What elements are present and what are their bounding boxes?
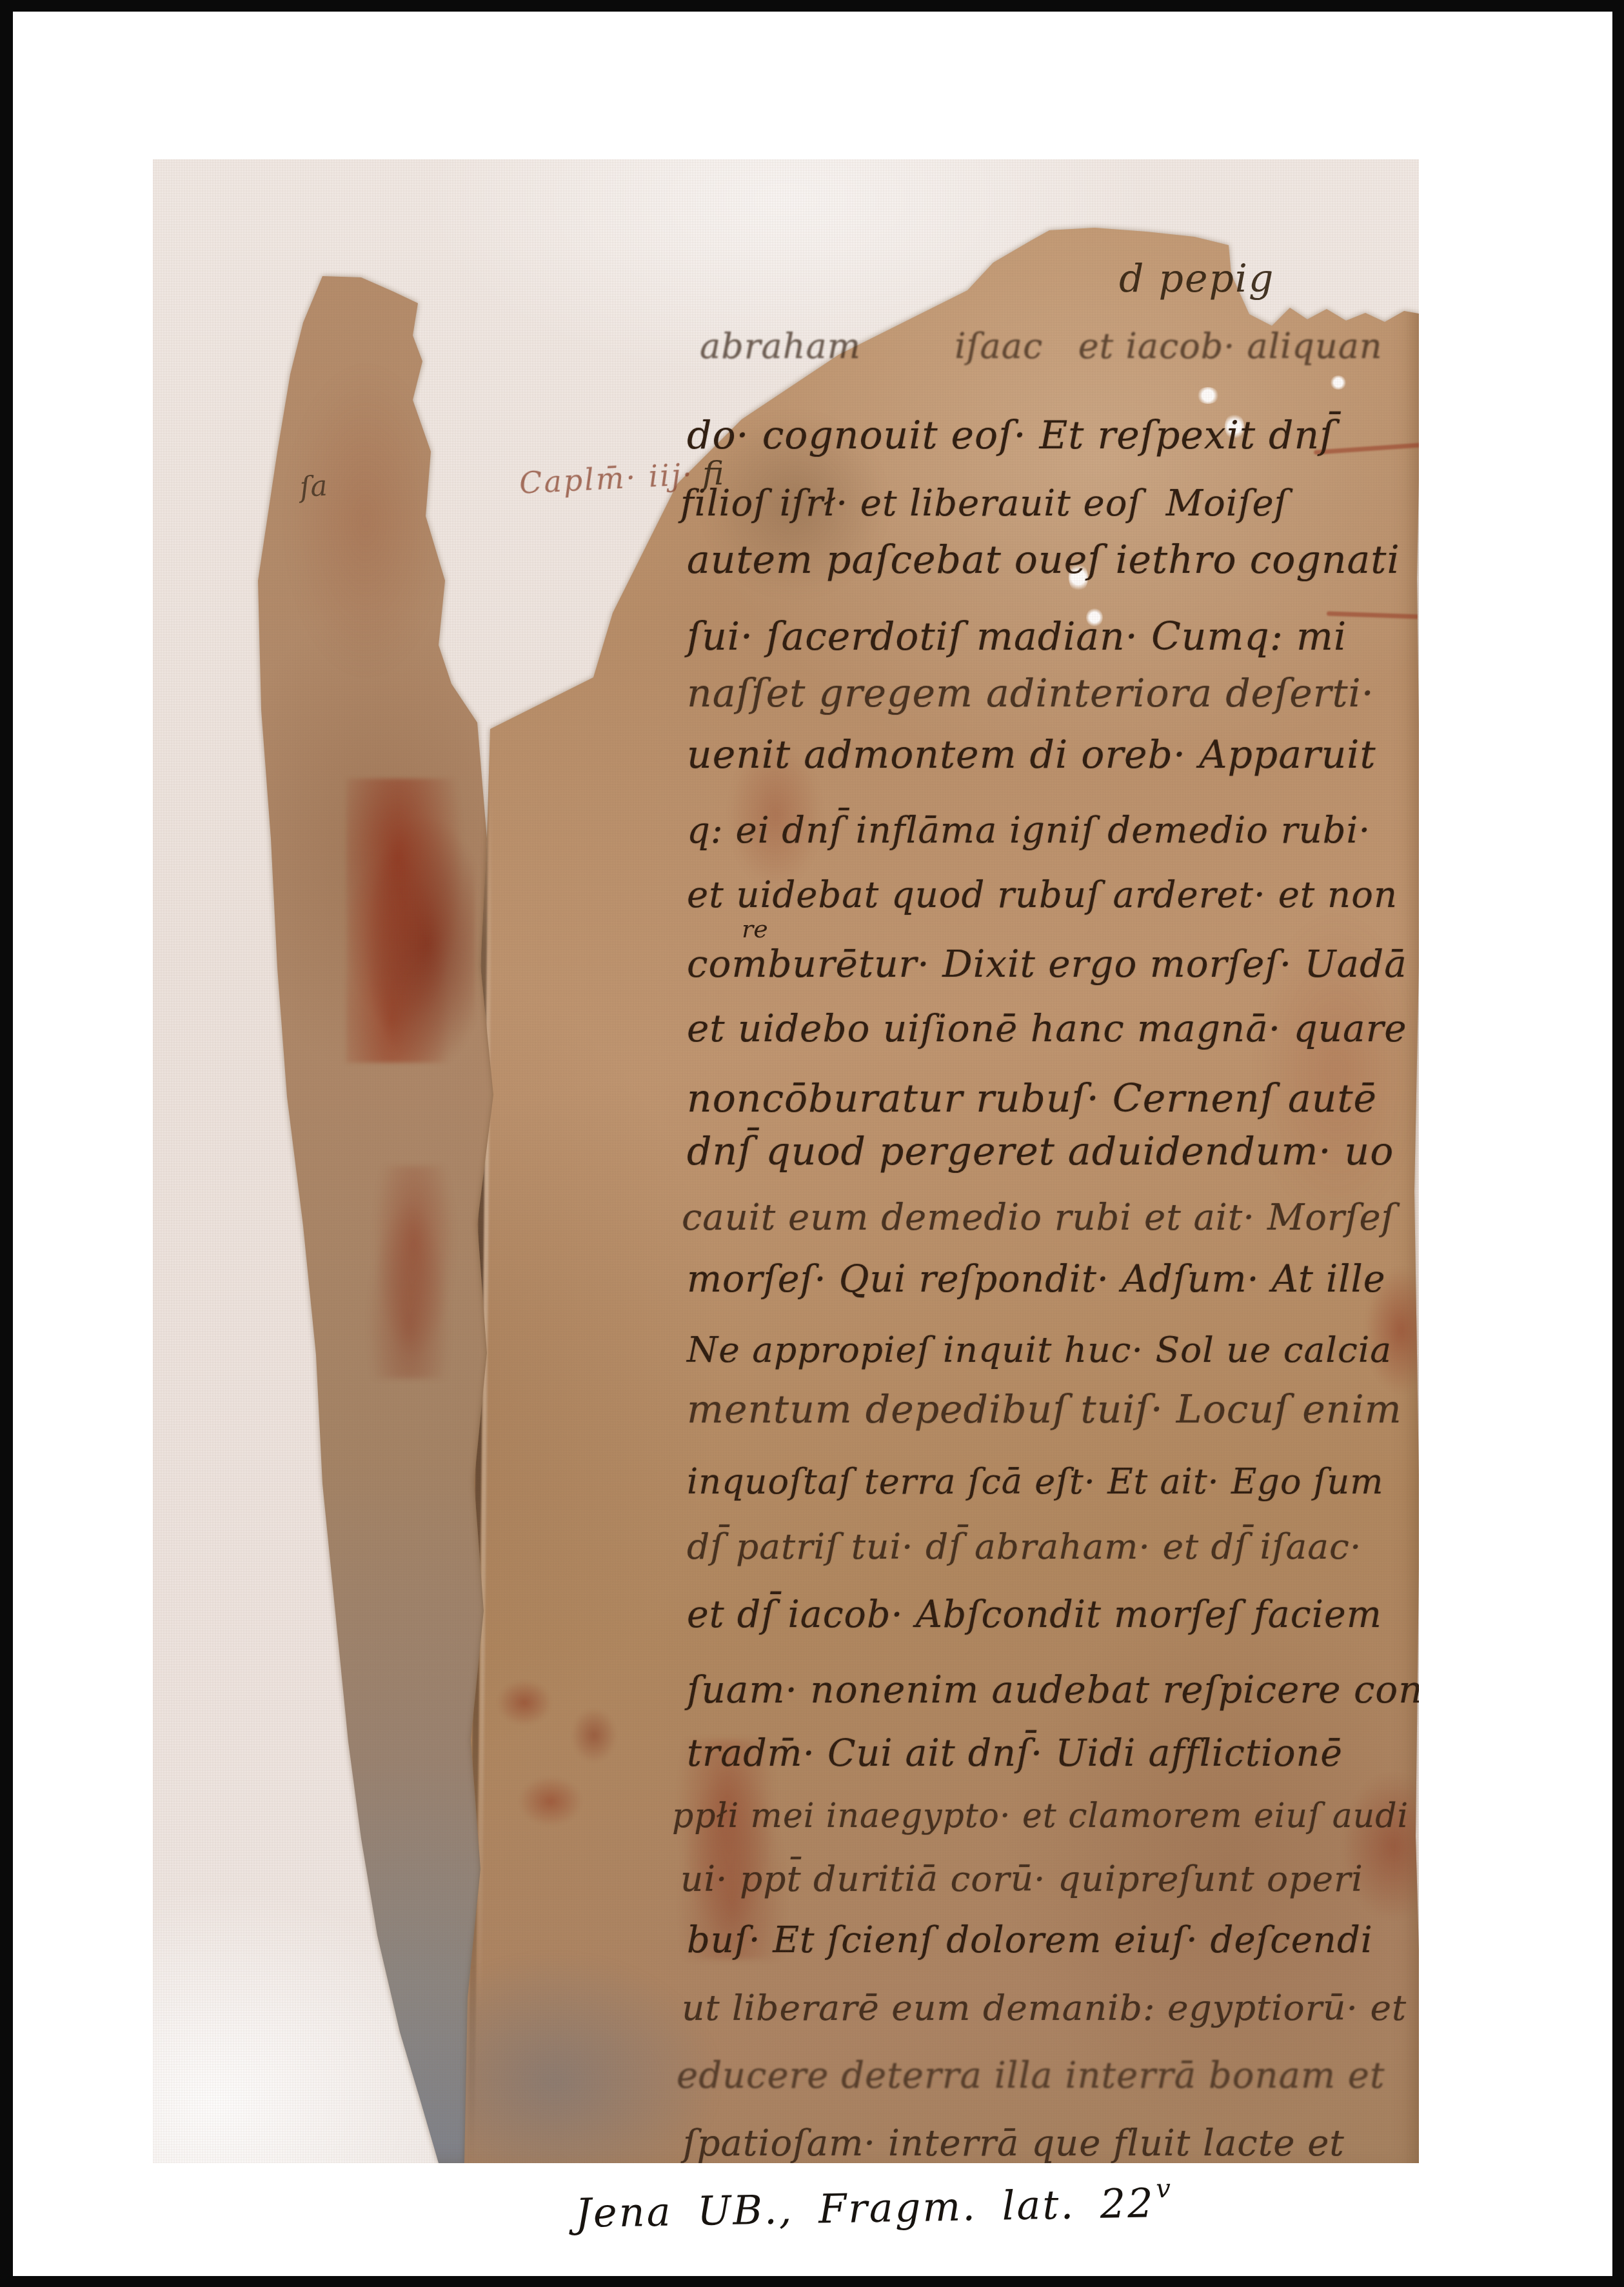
manuscript-line: mentum depedibuſ tuiſ· Locuſ enim	[687, 1387, 1402, 1432]
manuscript-line: do· cognouit eoſ· Et reſpexit dnſ̄	[687, 413, 1334, 458]
manuscript-line: ppłi mei inaegypto· et clamorem eiuſ aud…	[672, 1797, 1409, 1835]
manuscript-line: dſ̄ patriſ tui· dſ̄ abraham· et dſ̄ iſaa…	[687, 1526, 1362, 1567]
shelfmark-text: Jena UB., Fragm. lat. 22	[575, 2179, 1155, 2237]
marginal-mark: ſa	[299, 470, 328, 504]
manuscript-line: noncōburatur rubuſ· Cernenſ autē	[687, 1076, 1377, 1121]
manuscript-top-fragment: d pepig	[1119, 256, 1274, 301]
manuscript-line: ui· ppt̄ duritiā corū· quipreſunt operi	[680, 1858, 1363, 1899]
manuscript-line: et dſ̄ iacob· Abſcondit morſeſ faciem	[687, 1593, 1382, 1636]
manuscript-line: filioſ iſrł· et liberauit eoſ Moiſeſ	[680, 483, 1288, 524]
manuscript-line: tradm̄· Cui ait dnſ̄· Uidi afflictionē	[687, 1732, 1343, 1775]
manuscript-line: et uidebat quod rubuſ arderet· et non	[687, 874, 1398, 916]
manuscript-line: dnſ̄ quod pergeret aduidendum· uo	[687, 1129, 1394, 1174]
manuscript-line: uenit admontem di oreb· Apparuit	[687, 732, 1376, 777]
red-speckle-cluster	[472, 1637, 646, 1856]
manuscript-line: autem paſcebat oueſ iethro cognati	[687, 537, 1400, 583]
plate-page: d pepig re ſa Caplm̄· iij· fi abraham iſ…	[13, 12, 1612, 2276]
manuscript-line: inquoſtaſ terra ſcā eſt· Et ait· Ego ſum	[687, 1461, 1384, 1502]
shelfmark-superscript: v	[1156, 2174, 1173, 2204]
red-spot	[1333, 1759, 1419, 1933]
manuscript-line: educere deterra illa interrā bonam et	[677, 2055, 1385, 2097]
manuscript-line: ſpatioſam· interrā que fluit lacte et	[683, 2122, 1345, 2163]
manuscript-line: ut liberarē eum demanib: egyptiorū· et	[682, 1987, 1407, 2028]
fragment-photograph: d pepig re ſa Caplm̄· iij· fi abraham iſ…	[153, 159, 1419, 2163]
manuscript-line: Ne appropieſ inquit huc· Sol ue calcia	[687, 1329, 1392, 1370]
manuscript-line: q: ei dnſ̄ inflāma igniſ demedio rubi·	[687, 810, 1371, 852]
manuscript-line: abraham iſaac et iacob· aliquan	[700, 326, 1383, 366]
interlinear-correction: re	[742, 915, 768, 943]
manuscript-line: cauit eum demedio rubi et ait· Morſeſ	[682, 1197, 1395, 1239]
parchment-hole	[1196, 387, 1220, 404]
manuscript-line: naſſet gregem adinteriora deſerti·	[687, 671, 1374, 716]
manuscript-line: ſui· ſacerdotiſ madian· Cumq: mi	[687, 614, 1347, 659]
manuscript-line: et uidebo uiſionē hanc magnā· quare	[687, 1006, 1407, 1050]
manuscript-line: buſ· Et ſcienſ dolorem eiuſ· deſcendi	[687, 1919, 1373, 1961]
manuscript-line: morſeſ· Qui reſpondit· Adſum· At ille	[687, 1258, 1385, 1301]
handwritten-shelfmark: Jena UB., Fragm. lat. 22v	[575, 2179, 1171, 2237]
parchment-hole	[1330, 375, 1347, 390]
manuscript-line: comburētur· Dixit ergo morſeſ· Uadā	[687, 942, 1407, 986]
manuscript-line: ſuam· nonenim audebat reſpicere con	[687, 1668, 1419, 1712]
scanned-plate: d pepig re ſa Caplm̄· iij· fi abraham iſ…	[0, 0, 1624, 2287]
